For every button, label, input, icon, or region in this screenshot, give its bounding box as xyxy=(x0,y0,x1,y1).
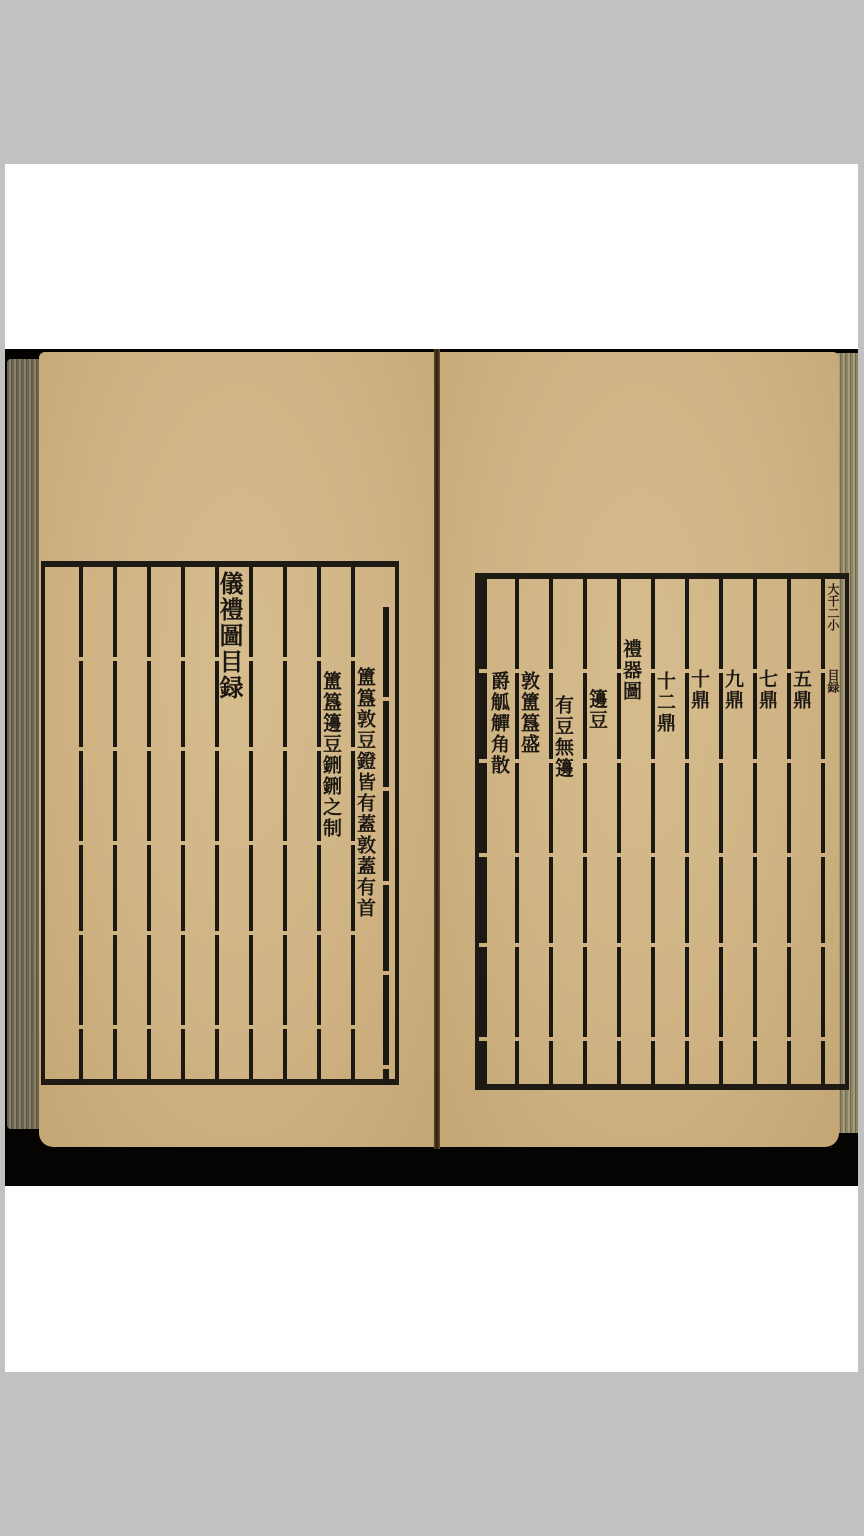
right-page-entry-6: 籩豆 xyxy=(587,689,606,731)
right-page-entry-2: 七鼎 xyxy=(757,669,776,711)
right-page-entry-4: 十鼎 xyxy=(689,669,708,711)
column-rule xyxy=(383,607,389,1079)
column-rule xyxy=(719,579,723,1084)
column-rule xyxy=(181,567,185,1079)
column-rule xyxy=(753,579,757,1084)
left-page-title: 儀禮圖目録 xyxy=(217,571,241,701)
column-rule xyxy=(549,579,553,1084)
right-page-section-title: 禮器圖 xyxy=(621,639,640,702)
column-rule xyxy=(113,567,117,1079)
right-page-entry-5: 十二鼎 xyxy=(655,671,674,734)
column-rule xyxy=(283,567,287,1079)
left-page-column-1: 簠簋敦豆鐙皆有蓋敦蓋有首 xyxy=(355,667,374,919)
column-rule xyxy=(685,579,689,1084)
right-page-entry-7: 有豆無籩 xyxy=(553,695,572,779)
column-rule xyxy=(515,579,519,1084)
right-page-margin-label: 大千二小 xyxy=(825,583,842,631)
right-page-entry-1: 五鼎 xyxy=(791,669,810,711)
book-scan: 儀禮圖目録 簠簋敦豆鐙皆有蓋敦蓋有首 簠簋籩豆鉶鉶之制 五鼎 七鼎 九鼎 十鼎 … xyxy=(5,349,858,1186)
right-page-entry-9: 爵觚觶角散 xyxy=(489,671,508,776)
left-page-column-2: 簠簋籩豆鉶鉶之制 xyxy=(321,671,340,839)
right-page-frame: 五鼎 七鼎 九鼎 十鼎 十二鼎 禮器圖 籩豆 有豆無籩 敦簠簋盛 爵觚觶角散 xyxy=(475,573,849,1090)
column-rule xyxy=(79,567,83,1079)
right-page-entry-8: 敦簠簋盛 xyxy=(519,671,538,755)
column-rule xyxy=(147,567,151,1079)
right-page-margin-label-lower: 目録 xyxy=(825,669,842,693)
column-rule xyxy=(651,579,655,1084)
right-page-entry-3: 九鼎 xyxy=(723,669,742,711)
book-gutter xyxy=(434,349,440,1149)
column-rule xyxy=(249,567,253,1079)
column-rule xyxy=(583,579,587,1084)
left-page-stack xyxy=(7,359,43,1129)
column-rule xyxy=(821,579,825,1084)
column-rule xyxy=(787,579,791,1084)
column-rule xyxy=(479,579,487,1084)
left-page-frame: 儀禮圖目録 簠簋敦豆鐙皆有蓋敦蓋有首 簠簋籩豆鉶鉶之制 xyxy=(41,561,399,1085)
